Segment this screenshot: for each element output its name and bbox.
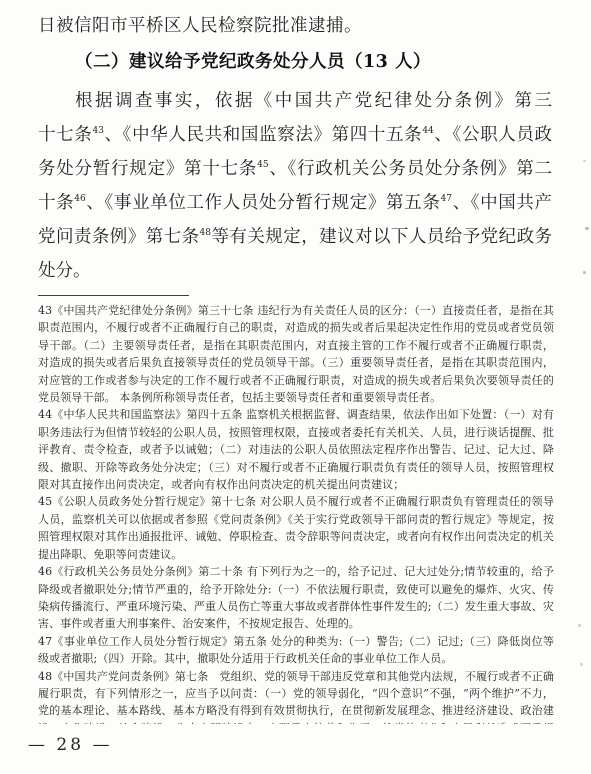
body-text-line: 务处分暂行规定》第十七条45、《行政机关公务员处分条例》第二 [38,152,552,186]
body-text-line: 党问责条例》第七条48等有关规定，建议对以下人员给予党纪政务 [38,220,552,254]
footnote: 46《行政机关公务员处分条例》第二十条 有下列行为之一的，给予记过、记大过处分;… [38,563,554,633]
scan-artifact-speck [583,271,586,274]
scan-artifact-speck [580,663,583,666]
footnote: 43《中国共产党纪律处分条例》第三十七条 违纪行为有关责任人员的区分：（一）直接… [38,302,554,406]
footnote-reference: 43 [92,126,103,136]
footnote: 47《事业单位工作人员处分暂行规定》第五条 处分的种类为:（一）警告;（二）记过… [38,633,554,668]
scan-artifact-speck [585,227,589,230]
footnote-reference: 45 [257,160,268,170]
document-page: 日被信阳市平桥区人民检察院批准逮捕。 （二）建议给予党纪政务处分人员（13 人）… [0,0,591,774]
body-paragraph-lines: 根据调查事实，依据《中国共产党纪律处分条例》第三十七条43、《中华人民共和国监察… [38,84,552,254]
footnote: 45《公职人员政务处分暂行规定》第十七条 对公职人员不履行或者不正确履行职责负有… [38,493,554,563]
body-text-line: 十条46、《事业单位工作人员处分暂行规定》第五条47、《中国共产 [38,186,552,220]
body-paragraph: 根据调查事实，依据《中国共产党纪律处分条例》第三十七条43、《中华人民共和国监察… [38,84,552,288]
footnote: 48《中国共产党问责条例》第七条 党组织、党的领导干部违反党章和其他党内法规，不… [38,668,554,724]
footnote: 44《中华人民共和国监察法》第四十五条 监察机关根据监督、调查结果，依法作出如下… [38,406,554,493]
body-text-line: 十七条43、《中华人民共和国监察法》第四十五条44、《公职人员政 [38,118,552,152]
scan-artifact-speck [578,624,581,627]
footnote-reference: 47 [440,194,451,204]
footnote-separator-rule [38,295,189,296]
footnote-reference: 48 [200,228,211,238]
footnote-reference: 46 [74,194,85,204]
body-text-line: 根据调查事实，依据《中国共产党纪律处分条例》第三 [38,84,552,118]
body-text-line: 处分。 [38,254,552,288]
page-number: — 28 — [28,735,112,755]
section-heading: （二）建议给予党纪政务处分人员（13 人） [38,48,552,73]
body-text-continuation: 日被信阳市平桥区人民检察院批准逮捕。 [38,14,552,38]
footnotes-block: 43《中国共产党纪律处分条例》第三十七条 违纪行为有关责任人员的区分：（一）直接… [38,302,554,724]
scan-artifact-speck [583,160,586,162]
footnote-reference: 44 [422,126,433,136]
